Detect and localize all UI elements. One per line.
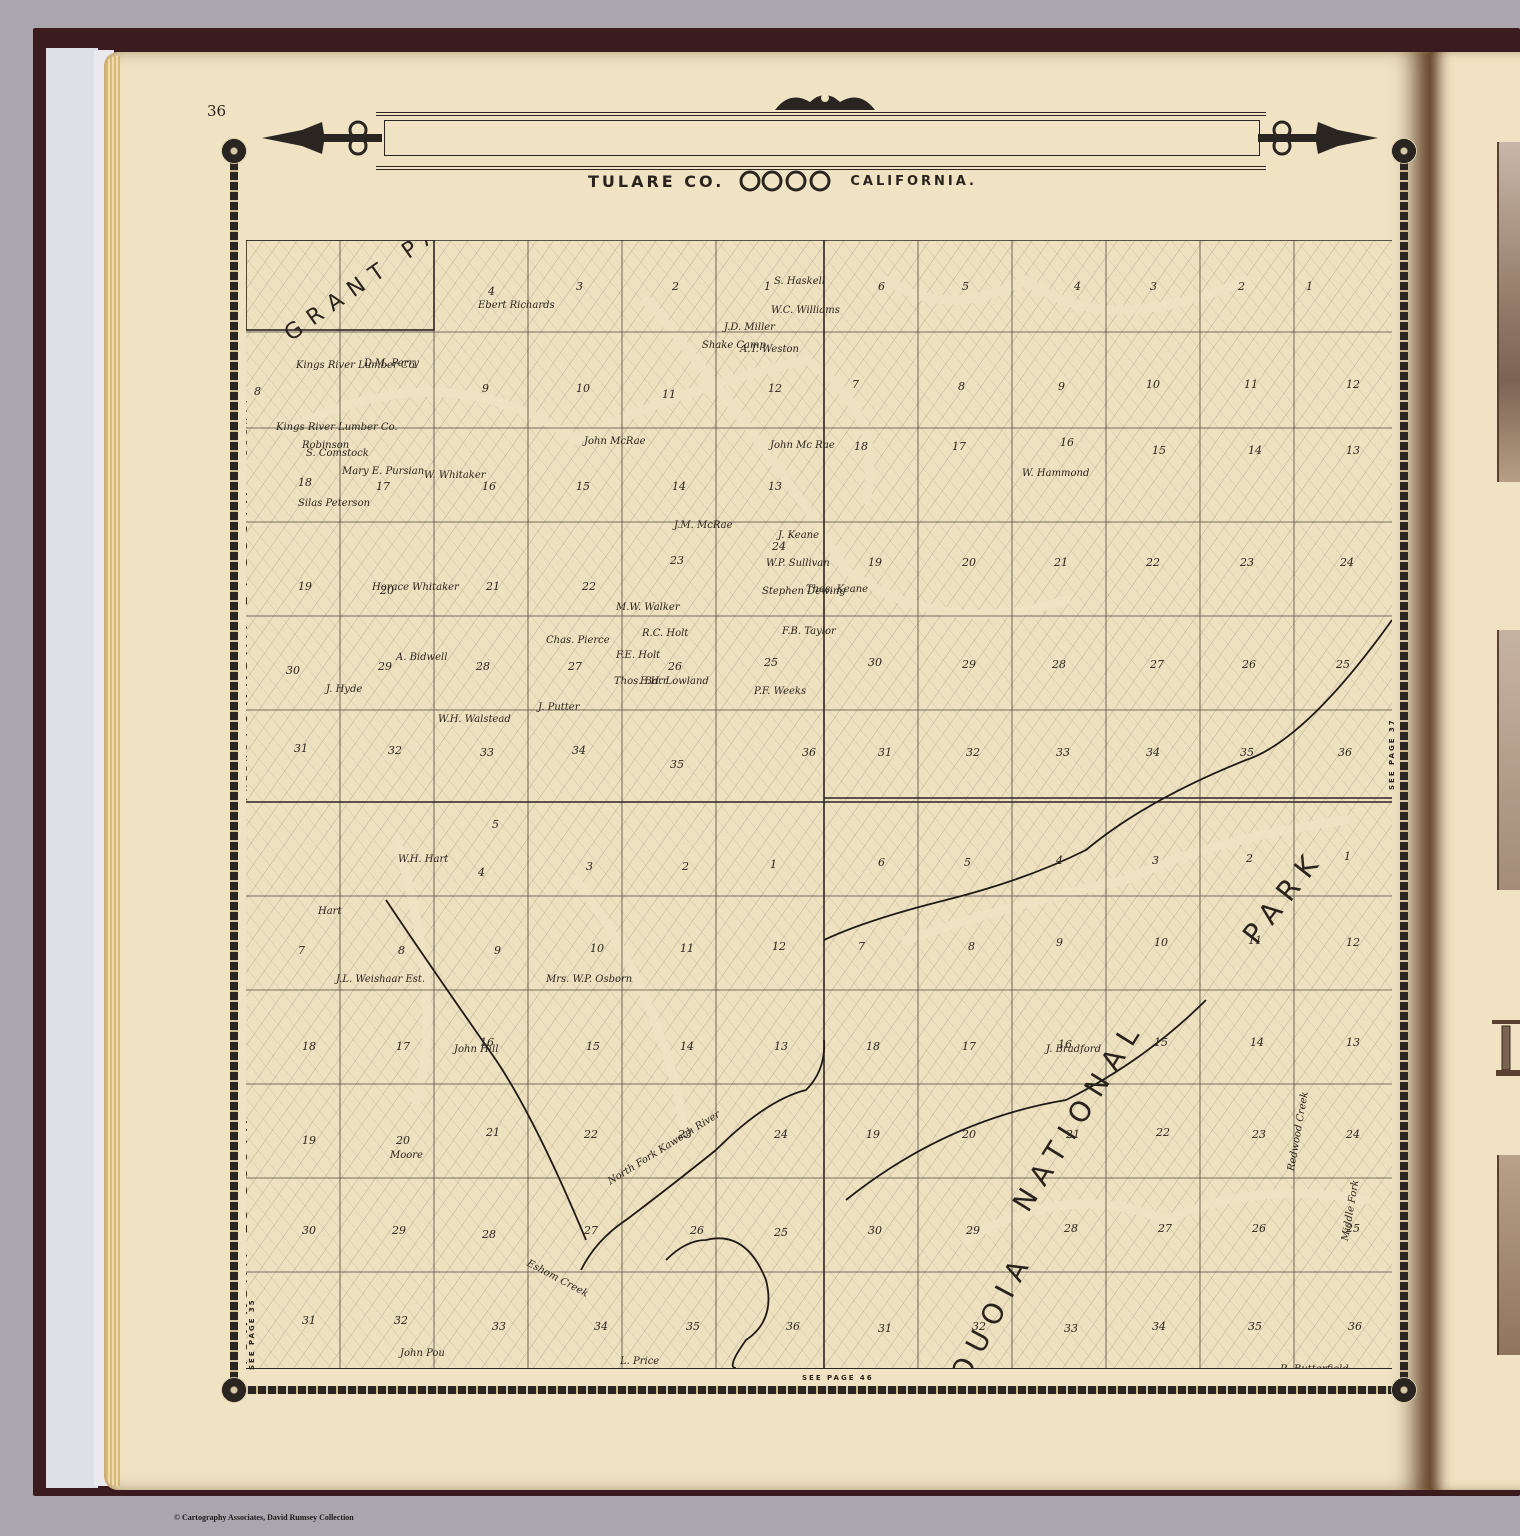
section-number: 29 (378, 660, 392, 673)
section-number: 20 (962, 556, 976, 569)
section-number: 29 (962, 658, 976, 671)
landowner-label: F.B. Taylor (782, 626, 836, 637)
landowner-label: W.C. Williams (771, 305, 840, 316)
section-number: 8 (958, 380, 965, 393)
landowner-label: Silas Peterson (298, 498, 370, 509)
title-cartouche-inner (384, 120, 1260, 156)
section-number: 35 (670, 758, 684, 771)
section-number: 7 (858, 940, 865, 953)
title-state: CALIFORNIA. (850, 174, 977, 189)
landowner-label: J. Putter (538, 702, 580, 713)
corner-ornament-icon (1391, 1377, 1417, 1403)
section-number: 15 (1152, 444, 1166, 457)
landowner-label: Thos. Keane (806, 584, 868, 595)
landowner-label: W.H. Hart (398, 854, 448, 865)
section-number: 36 (786, 1320, 800, 1333)
landowner-label: Kings River Lumber Co. (276, 422, 398, 433)
landowner-label: J.L. Weishaar Est. (336, 974, 425, 985)
section-number: 13 (774, 1040, 788, 1053)
section-number: 16 (1060, 436, 1074, 449)
section-number: 25 (774, 1226, 788, 1239)
section-number: 1 (1306, 280, 1313, 293)
landowner-label: Mary E. Pursian (342, 466, 424, 477)
landowner-label: W.H. Walstead (438, 714, 511, 725)
section-number: 2 (672, 280, 679, 293)
section-number: 31 (302, 1314, 316, 1327)
see-page-bottom: SEE PAGE 46 (802, 1374, 874, 1382)
section-number: 5 (492, 818, 499, 831)
section-number: 24 (774, 1128, 788, 1141)
copyright-notice: © Cartography Associates, David Rumsey C… (174, 1513, 354, 1522)
section-number: 26 (1252, 1222, 1266, 1235)
section-number: 9 (482, 382, 489, 395)
section-number: 26 (1242, 658, 1256, 671)
landowner-label: W. Whitaker (424, 470, 486, 481)
endpaper (46, 48, 98, 1488)
section-number: 2 (1238, 280, 1245, 293)
section-number: 9 (494, 944, 501, 957)
section-number: 36 (1338, 746, 1352, 759)
section-number: 8 (254, 385, 261, 398)
section-number: 34 (594, 1320, 608, 1333)
landowner-label: Moore (390, 1150, 423, 1161)
section-number: 23 (678, 1128, 692, 1141)
section-number: 27 (584, 1224, 598, 1237)
section-number: 3 (1150, 280, 1157, 293)
section-number: 23 (1240, 556, 1254, 569)
scroll-ornament-icon (732, 170, 842, 192)
section-number: 17 (952, 440, 966, 453)
section-number: 20 (962, 1128, 976, 1141)
corner-ornament-icon (1391, 138, 1417, 164)
landowner-label: S. Haskell (774, 276, 825, 287)
section-number: 15 (1154, 1036, 1168, 1049)
landowner-label: Hart (318, 906, 341, 917)
landowner-label: Kings River Lumber Co. (296, 360, 418, 371)
crest-ornament-icon (770, 88, 880, 112)
section-number: 34 (572, 744, 586, 757)
section-number: 3 (586, 860, 593, 873)
section-number: 11 (1248, 934, 1262, 947)
section-number: 22 (1156, 1126, 1170, 1139)
section-number: 31 (878, 1322, 892, 1335)
section-number: 33 (480, 746, 494, 759)
section-number: 15 (576, 480, 590, 493)
section-number: 22 (582, 580, 596, 593)
section-number: 30 (286, 664, 300, 677)
section-number: 35 (686, 1320, 700, 1333)
section-number: 35 (1248, 1320, 1262, 1333)
section-number: 35 (1240, 746, 1254, 759)
section-number: 23 (670, 554, 684, 567)
landowner-label: S. Comstock (306, 448, 369, 459)
section-number: 12 (768, 382, 782, 395)
section-number: 13 (1346, 1036, 1360, 1049)
page-edge-stack (106, 56, 120, 1486)
landowner-label: John McRae (584, 436, 646, 447)
section-number: 6 (878, 280, 885, 293)
section-number: 25 (1346, 1222, 1360, 1235)
section-number: 8 (968, 940, 975, 953)
left-border (230, 150, 238, 1390)
section-number: 25 (764, 656, 778, 669)
section-number: 12 (1346, 936, 1360, 949)
section-number: 18 (854, 440, 868, 453)
section-number: 26 (690, 1224, 704, 1237)
section-number: 14 (1248, 444, 1262, 457)
section-number: 24 (1346, 1128, 1360, 1141)
section-number: 29 (392, 1224, 406, 1237)
section-number: 18 (866, 1040, 880, 1053)
section-number: 14 (680, 1040, 694, 1053)
section-number: 8 (398, 944, 405, 957)
section-number: 31 (878, 746, 892, 759)
section-number: 21 (1054, 556, 1068, 569)
landowner-label: Chas. Pierce (546, 635, 610, 646)
section-number: 36 (1348, 1320, 1362, 1333)
corner-ornament-icon (221, 1377, 247, 1403)
section-number: 13 (1346, 444, 1360, 457)
section-number: 27 (568, 660, 582, 673)
section-number: 2 (1246, 852, 1253, 865)
section-number: 33 (1064, 1322, 1078, 1335)
fresno-side-label: FRESNO (246, 739, 250, 800)
landowner-label: W.P. Sullivan (766, 558, 830, 569)
section-number: 9 (1056, 936, 1063, 949)
map-linework (246, 240, 1392, 1368)
landowner-label: M.W. Walker (616, 602, 680, 613)
township-map: RANGE 28 EAST FRESNO COUNTY RANGE 29 EAS… (246, 240, 1392, 1369)
section-number: 4 (1056, 854, 1063, 867)
section-number: 25 (1336, 658, 1350, 671)
section-number: 3 (576, 280, 583, 293)
section-number: 30 (868, 1224, 882, 1237)
section-number: 11 (1244, 378, 1258, 391)
landowner-label: F.E. Holt (616, 650, 660, 661)
section-number: 24 (772, 540, 786, 553)
section-number: 31 (294, 742, 308, 755)
section-number: 28 (1052, 658, 1066, 671)
section-number: 34 (1146, 746, 1160, 759)
section-number: 1 (764, 280, 771, 293)
section-number: 33 (1056, 746, 1070, 759)
section-number: 19 (302, 1134, 316, 1147)
landowner-label: John Mc Rae (770, 440, 835, 451)
section-number: 7 (298, 944, 305, 957)
section-number: 28 (1064, 1222, 1078, 1235)
section-number: 10 (576, 382, 590, 395)
section-number: 19 (298, 580, 312, 593)
section-number: 20 (380, 584, 394, 597)
section-number: 12 (772, 940, 786, 953)
section-number: 14 (672, 480, 686, 493)
landowner-label: J.M. McRae (674, 520, 733, 531)
township-14-label: TOWNSHIP 14 SOUTH (246, 488, 252, 740)
section-number: 27 (1158, 1222, 1172, 1235)
landowner-label: John Pou (400, 1348, 445, 1359)
section-number: 11 (662, 388, 676, 401)
section-number: 4 (488, 285, 495, 298)
facing-page-pedestal-illustration (1490, 1020, 1520, 1082)
section-number: 32 (388, 744, 402, 757)
section-number: 21 (486, 1126, 500, 1139)
section-number: 29 (966, 1224, 980, 1237)
landowner-label: Mrs. W.P. Osborn (546, 974, 632, 985)
section-number: 13 (768, 480, 782, 493)
landowner-label: P.F. Weeks (754, 686, 806, 697)
see-page-right: SEE PAGE 37 (1388, 718, 1396, 790)
section-number: 9 (1058, 380, 1065, 393)
section-number: 18 (298, 476, 312, 489)
landowner-label: Shake Camp (702, 340, 766, 351)
county-side-label: COUNTY (246, 394, 250, 456)
landowner-label: R.C. Holt (642, 628, 688, 639)
section-number: 12 (1346, 378, 1360, 391)
section-number: 5 (964, 856, 971, 869)
section-number: 18 (302, 1040, 316, 1053)
map-title: TULARE CO. CALIFORNIA. (588, 170, 977, 192)
section-number: 22 (1146, 556, 1160, 569)
section-number: 14 (1250, 1036, 1264, 1049)
section-number: 27 (1150, 658, 1164, 671)
landowner-label: J. Bradford (1046, 1044, 1101, 1055)
section-number: 5 (962, 280, 969, 293)
title-county: TULARE CO. (588, 172, 724, 191)
section-number: 11 (680, 942, 694, 955)
facing-page-illustration-top (1497, 142, 1520, 482)
section-number: 16 (1058, 1038, 1072, 1051)
section-number: 30 (868, 656, 882, 669)
section-number: 1 (770, 858, 777, 871)
section-number: 21 (486, 580, 500, 593)
landowner-label: R. Butterfield (1280, 1364, 1349, 1369)
landowner-label: J.D. Miller (724, 322, 775, 333)
section-number: 32 (394, 1314, 408, 1327)
section-number: 21 (1066, 1128, 1080, 1141)
arrow-ornament-icon (1258, 118, 1378, 158)
section-number: 33 (492, 1320, 506, 1333)
section-number: 32 (972, 1320, 986, 1333)
arrow-ornament-icon (262, 118, 382, 158)
section-number: 36 (802, 746, 816, 759)
landowner-label: L. Price (620, 1356, 659, 1367)
landowner-label: Ebert Richards (478, 300, 555, 311)
section-number: 3 (1152, 854, 1159, 867)
page-number: 36 (207, 102, 226, 120)
right-border (1400, 150, 1408, 1390)
section-number: 19 (866, 1128, 880, 1141)
landowner-label: W. Hammond (1022, 468, 1089, 479)
section-number: 10 (1146, 378, 1160, 391)
section-number: 20 (396, 1134, 410, 1147)
landowner-label: J. Hyde (326, 684, 362, 695)
section-number: 17 (962, 1040, 976, 1053)
section-number: 16 (480, 1036, 494, 1049)
section-number: 32 (966, 746, 980, 759)
bottom-border (238, 1386, 1400, 1394)
section-number: 4 (1074, 280, 1081, 293)
landowner-label: A. Bidwell (396, 652, 447, 663)
section-number: 15 (586, 1040, 600, 1053)
section-number: 34 (1152, 1320, 1166, 1333)
section-number: 6 (878, 856, 885, 869)
section-number: 17 (396, 1040, 410, 1053)
section-number: 23 (1252, 1128, 1266, 1141)
facing-page-illustration-middle (1497, 630, 1520, 890)
corner-ornament-icon (221, 138, 247, 164)
section-number: 4 (478, 866, 485, 879)
section-number: 1 (1344, 850, 1351, 863)
section-number: 26 (668, 660, 682, 673)
section-number: 7 (852, 378, 859, 391)
landowner-label: E.H. Lowland (640, 676, 709, 687)
section-number: 24 (1340, 556, 1354, 569)
facing-page-illustration-bottom (1497, 1155, 1520, 1355)
see-page-left: SEE PAGE 35 (248, 1298, 256, 1370)
section-number: 16 (482, 480, 496, 493)
section-number: 17 (376, 480, 390, 493)
section-number: 22 (584, 1128, 598, 1141)
section-number: 10 (590, 942, 604, 955)
section-number: 28 (476, 660, 490, 673)
section-number: 30 (302, 1224, 316, 1237)
section-number: 28 (482, 1228, 496, 1241)
section-number: 19 (868, 556, 882, 569)
section-number: 10 (1154, 936, 1168, 949)
section-number: 2 (682, 860, 689, 873)
